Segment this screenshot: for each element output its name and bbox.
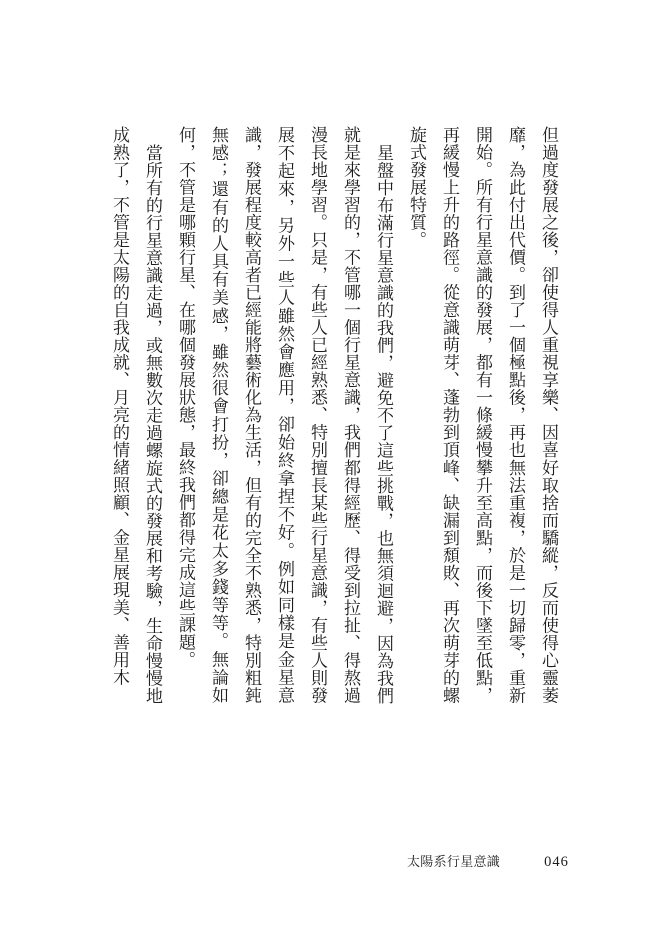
paragraph-1: 但過度發展之後，卻使得人重視享樂、因喜好取捨而驕縱，反而使得心靈萎靡，為此付出代…	[400, 126, 565, 704]
page-footer: 太陽系行星意識 046	[407, 851, 569, 871]
paragraph-3: 當所有的行星意識走過，或無數次走過螺旋式的發展和考驗，生命慢慢地成熟了，不管是太…	[103, 126, 169, 704]
book-page: 但過度發展之後，卻使得人重視享樂、因喜好取捨而驕縱，反而使得心靈萎靡，為此付出代…	[0, 0, 663, 932]
paragraph-2: 星盤中布滿行星意識的我們，避免不了這些挑戰，也無須迴避，因為我們就是來學習的，不…	[169, 126, 400, 704]
running-chapter-title: 太陽系行星意識	[407, 851, 500, 870]
body-text: 但過度發展之後，卻使得人重視享樂、因喜好取捨而驕縱，反而使得心靈萎靡，為此付出代…	[99, 126, 565, 704]
page-number: 046	[544, 854, 569, 871]
